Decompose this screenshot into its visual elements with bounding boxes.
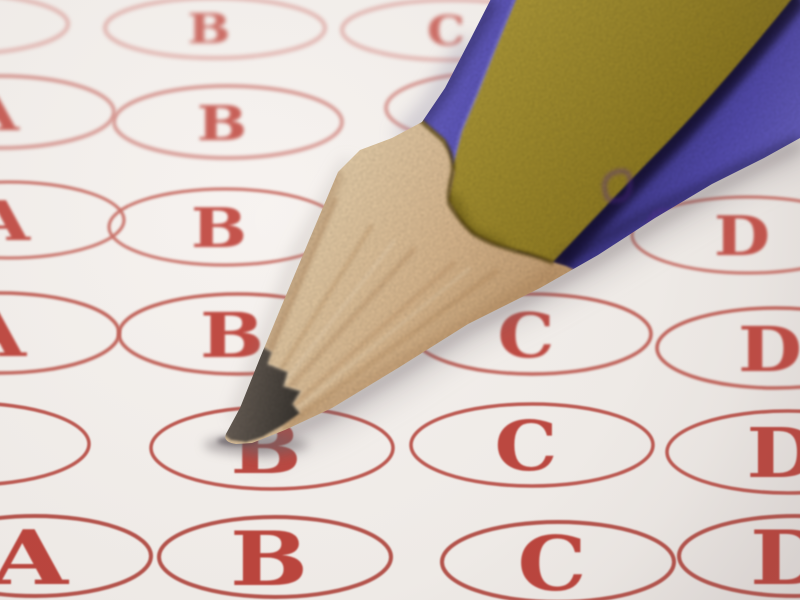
scantron-photo-svg: ABCABCDABCDABCDABCDABCD <box>0 0 800 600</box>
vignette-overlay <box>0 0 800 600</box>
photo-scantron-pencil: ABCABCDABCDABCDABCDABCD <box>0 0 800 600</box>
